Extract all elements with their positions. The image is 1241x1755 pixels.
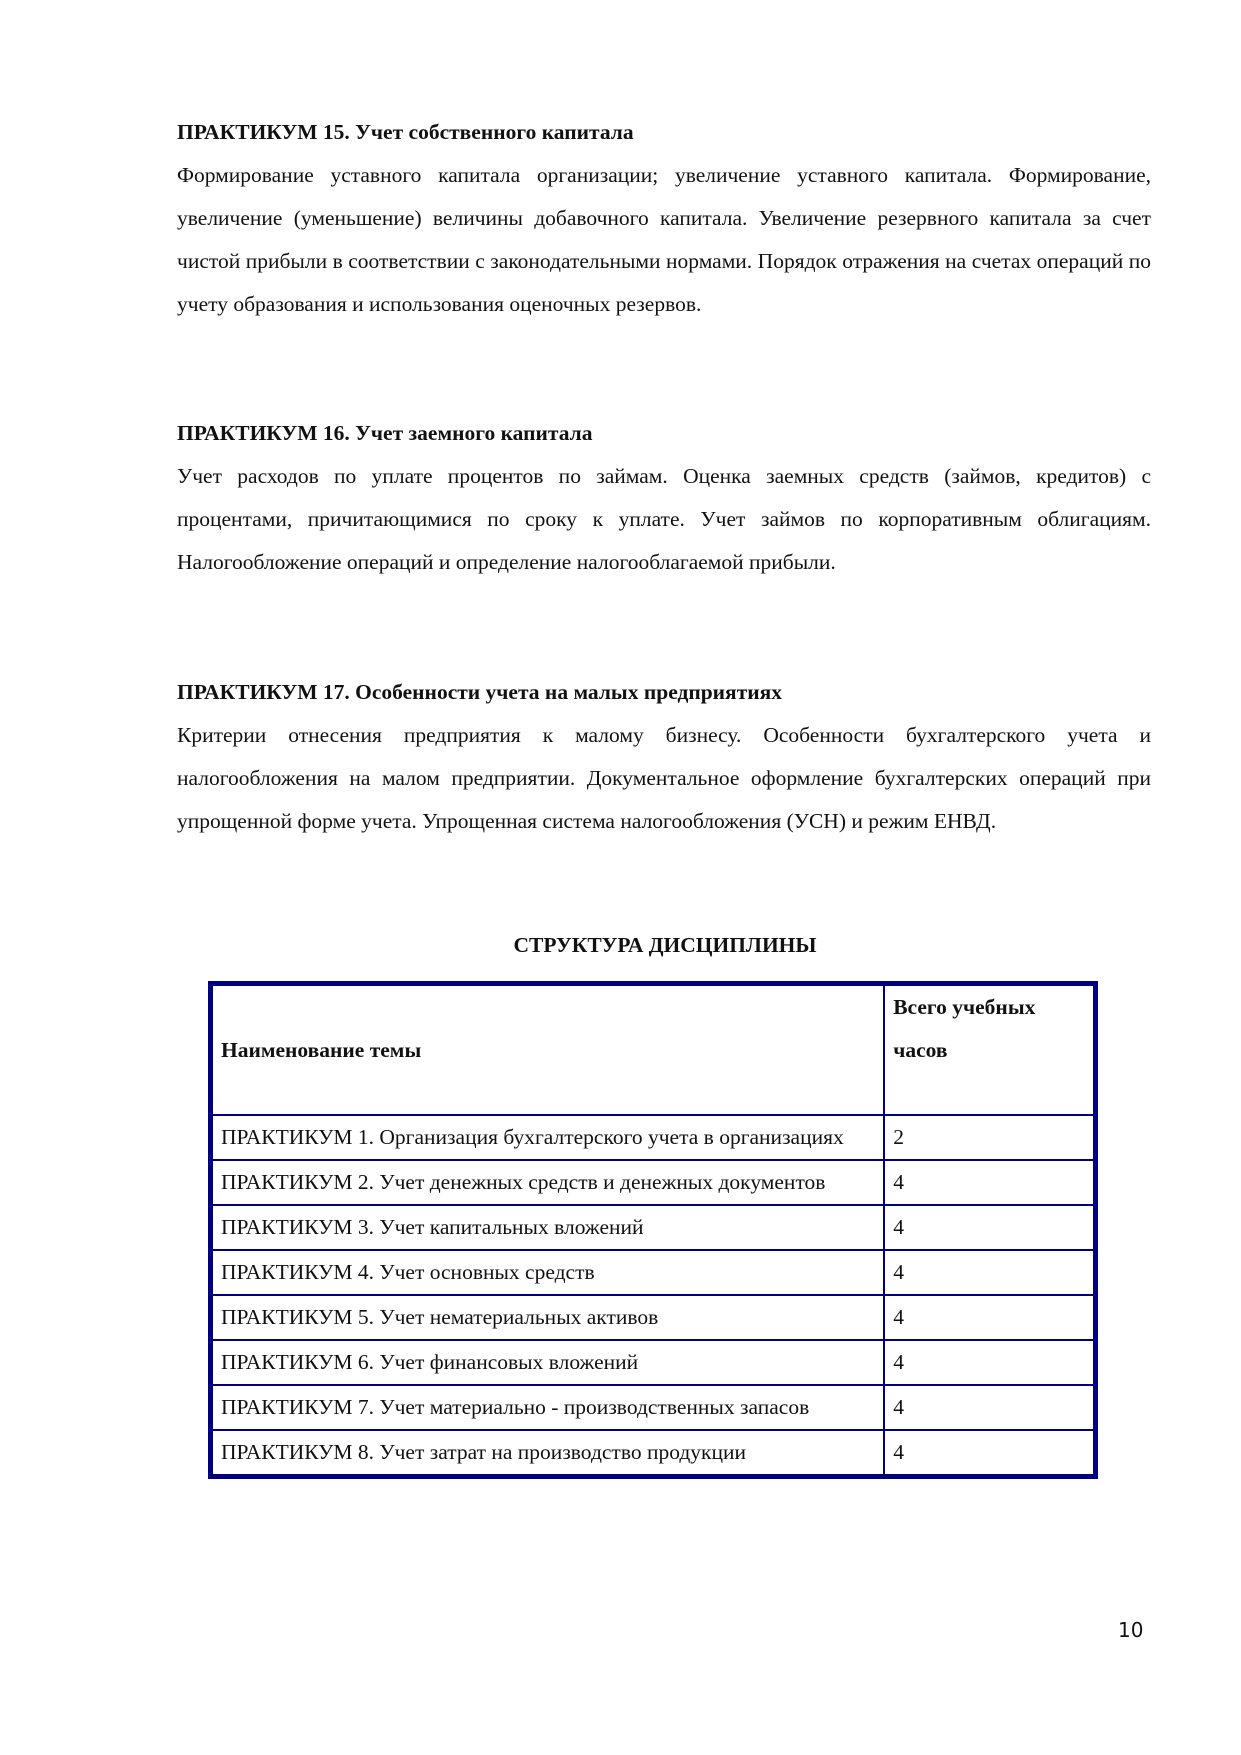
table-row: ПРАКТИКУМ 3. Учет капитальных вложений 4	[211, 1205, 1096, 1250]
topic-cell: ПРАКТИКУМ 7. Учет материально - производ…	[211, 1385, 885, 1430]
hours-cell: 2	[884, 1115, 1095, 1160]
table-row: ПРАКТИКУМ 4. Учет основных средств 4	[211, 1250, 1096, 1295]
section-practicum-16: ПРАКТИКУМ 16. Учет заемного капитала Уче…	[177, 412, 1151, 584]
hours-cell: 4	[884, 1250, 1095, 1295]
table-header-row: Наименование темы Всего учебных часов	[211, 984, 1096, 1116]
section-practicum-15: ПРАКТИКУМ 15. Учет собственного капитала…	[177, 111, 1151, 326]
topic-cell: ПРАКТИКУМ 5. Учет нематериальных активов	[211, 1295, 885, 1340]
section-heading: ПРАКТИКУМ 17. Особенности учета на малых…	[177, 671, 1151, 714]
section-heading: ПРАКТИКУМ 16. Учет заемного капитала	[177, 412, 1151, 455]
structure-table-wrapper: Наименование темы Всего учебных часов ПР…	[208, 981, 1098, 1479]
topic-cell: ПРАКТИКУМ 4. Учет основных средств	[211, 1250, 885, 1295]
table-row: ПРАКТИКУМ 1. Организация бухгалтерского …	[211, 1115, 1096, 1160]
hours-cell: 4	[884, 1385, 1095, 1430]
table-row: ПРАКТИКУМ 7. Учет материально - производ…	[211, 1385, 1096, 1430]
topic-cell: ПРАКТИКУМ 8. Учет затрат на производство…	[211, 1430, 885, 1477]
table-row: ПРАКТИКУМ 8. Учет затрат на производство…	[211, 1430, 1096, 1477]
hours-cell: 4	[884, 1340, 1095, 1385]
table-row: ПРАКТИКУМ 5. Учет нематериальных активов…	[211, 1295, 1096, 1340]
structure-title: СТРУКТУРА ДИСЦИПЛИНЫ	[0, 930, 1241, 960]
table-row: ПРАКТИКУМ 2. Учет денежных средств и ден…	[211, 1160, 1096, 1205]
topic-cell: ПРАКТИКУМ 2. Учет денежных средств и ден…	[211, 1160, 885, 1205]
hours-cell: 4	[884, 1160, 1095, 1205]
section-heading: ПРАКТИКУМ 15. Учет собственного капитала	[177, 111, 1151, 154]
section-body: Учет расходов по уплате процентов по зай…	[177, 455, 1151, 584]
topic-cell: ПРАКТИКУМ 1. Организация бухгалтерского …	[211, 1115, 885, 1160]
hours-cell: 4	[884, 1430, 1095, 1477]
section-body: Формирование уставного капитала организа…	[177, 154, 1151, 326]
hours-cell: 4	[884, 1295, 1095, 1340]
structure-table: Наименование темы Всего учебных часов ПР…	[208, 981, 1098, 1479]
hours-cell: 4	[884, 1205, 1095, 1250]
page-number: 10	[1118, 1618, 1143, 1642]
section-body: Критерии отнесения предприятия к малому …	[177, 714, 1151, 843]
section-practicum-17: ПРАКТИКУМ 17. Особенности учета на малых…	[177, 671, 1151, 843]
column-header-topic: Наименование темы	[211, 984, 885, 1116]
topic-cell: ПРАКТИКУМ 6. Учет финансовых вложений	[211, 1340, 885, 1385]
topic-cell: ПРАКТИКУМ 3. Учет капитальных вложений	[211, 1205, 885, 1250]
table-row: ПРАКТИКУМ 6. Учет финансовых вложений 4	[211, 1340, 1096, 1385]
column-header-hours: Всего учебных часов	[884, 984, 1095, 1116]
